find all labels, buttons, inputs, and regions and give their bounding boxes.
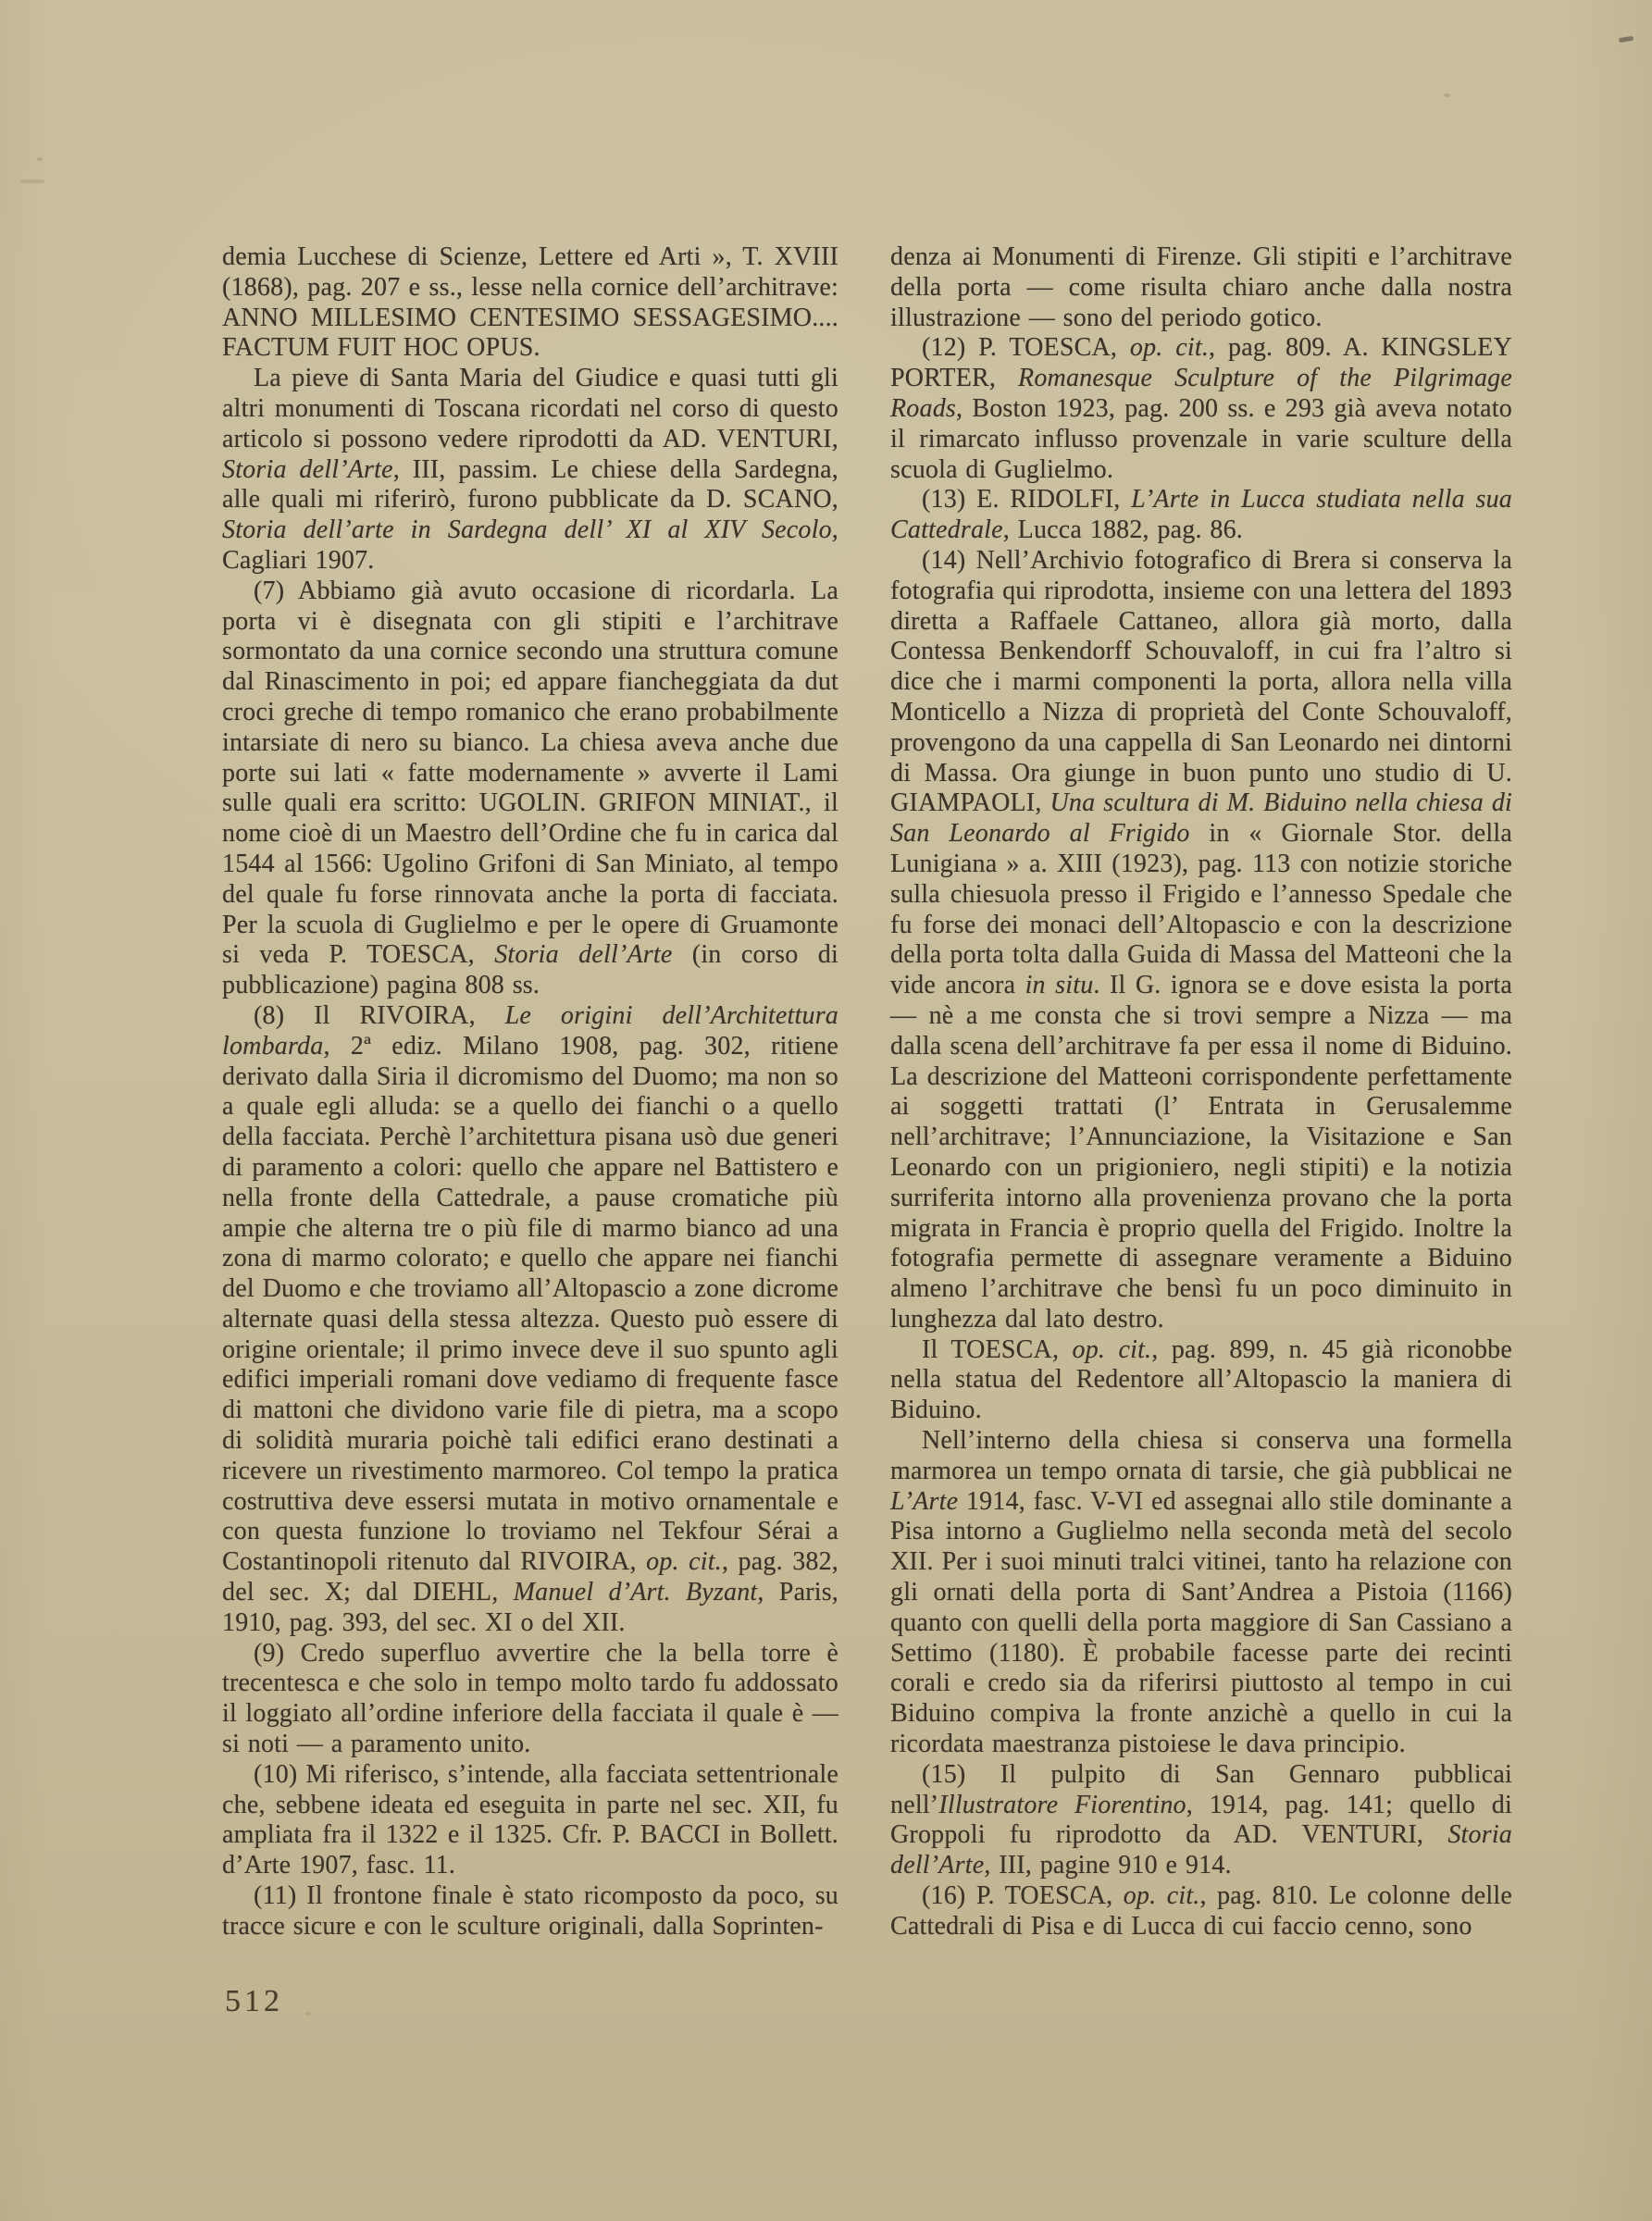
right-text-column: denza ai Monumenti di Firenze. Gli stipi… <box>890 242 1512 1942</box>
text-run: (7) Abbiamo già avuto occasione di ricor… <box>222 577 838 970</box>
italic-text-run: Manuel d’Art. Byzant <box>514 1578 758 1607</box>
text-run: demia Lucchese di Scienze, Lettere ed Ar… <box>222 242 838 362</box>
paragraph: (10) Mi riferisco, s’intende, alla facci… <box>222 1760 838 1881</box>
italic-text-run: op. cit. <box>1073 1335 1152 1364</box>
text-run: Nell’interno della chiesa si conserva un… <box>890 1426 1512 1485</box>
paragraph: denza ai Monumenti di Firenze. Gli stipi… <box>890 242 1512 333</box>
paragraph: demia Lucchese di Scienze, Lettere ed Ar… <box>222 242 838 364</box>
paragraph: (16) P. TOESCA, op. cit., pag. 810. Le c… <box>890 1881 1512 1942</box>
paragraph: Nell’interno della chiesa si conserva un… <box>890 1426 1512 1760</box>
italic-text-run: Storia dell’Arte <box>494 940 672 969</box>
paragraph: (14) Nell’Archivio fotografico di Brera … <box>890 546 1512 1335</box>
text-run: denza ai Monumenti di Firenze. Gli stipi… <box>890 242 1512 332</box>
text-run: (13) E. RIDOLFI, <box>922 485 1131 514</box>
text-run: Il TOESCA, <box>922 1335 1073 1364</box>
paper-speck <box>1444 93 1450 97</box>
paragraph: (15) Il pulpito di San Gennaro pubblicai… <box>890 1760 1512 1881</box>
ink-smudge-mark <box>1619 36 1634 43</box>
italic-text-run: Storia dell’Arte <box>222 455 393 484</box>
text-run: , 2ª ediz. Milano 1908, pag. 302, ritien… <box>222 1032 838 1577</box>
scanned-book-page: demia Lucchese di Scienze, Lettere ed Ar… <box>0 0 1652 2221</box>
page-number: 512 <box>225 1984 283 2019</box>
paragraph: La pieve di Santa Maria del Giudice e qu… <box>222 364 838 577</box>
paragraph: (11) Il frontone finale è stato ricompos… <box>222 1881 838 1942</box>
paragraph: (7) Abbiamo già avuto occasione di ricor… <box>222 577 838 1001</box>
italic-text-run: Storia dell’arte in Sardegna dell’ XI al… <box>222 515 832 544</box>
text-run: (8) Il RIVOIRA, <box>254 1001 505 1030</box>
text-run: , Boston 1923, pag. 200 ss. e 293 già av… <box>890 394 1512 484</box>
paragraph: (12) P. TOESCA, op. cit., pag. 809. A. K… <box>890 333 1512 485</box>
italic-text-run: op. cit. <box>1124 1881 1200 1910</box>
text-run: 1914, fasc. V-VI ed assegnai allo stile … <box>890 1487 1512 1758</box>
italic-text-run: op. cit. <box>1130 333 1209 362</box>
paragraph: (13) E. RIDOLFI, L’Arte in Lucca studiat… <box>890 485 1512 546</box>
text-run: La pieve di Santa Maria del Giudice e qu… <box>222 364 838 453</box>
paper-speck <box>305 2012 311 2016</box>
paper-speck <box>37 157 43 161</box>
paragraph: (9) Credo superfluo avvertire che la bel… <box>222 1639 838 1760</box>
text-run: (11) Il frontone finale è stato ricompos… <box>222 1881 838 1941</box>
italic-text-run: in situ <box>1025 971 1094 999</box>
italic-text-run: op. cit. <box>646 1547 722 1576</box>
text-run: (14) Nell’Archivio fotografico di Brera … <box>890 546 1512 817</box>
text-run: , III, pagine 910 e 914. <box>984 1851 1231 1880</box>
left-text-column: demia Lucchese di Scienze, Lettere ed Ar… <box>222 242 838 1942</box>
paragraph: Il TOESCA, op. cit., pag. 899, n. 45 già… <box>890 1335 1512 1426</box>
paragraph: (8) Il RIVOIRA, Le origini dell’Architet… <box>222 1001 838 1639</box>
italic-text-run: L’Arte <box>890 1487 958 1516</box>
text-run: (9) Credo superfluo avvertire che la bel… <box>222 1639 838 1758</box>
text-run: (16) P. TOESCA, <box>922 1881 1124 1910</box>
text-run: (10) Mi riferisco, s’intende, alla facci… <box>222 1760 838 1880</box>
text-run: (12) P. TOESCA, <box>922 333 1130 362</box>
italic-text-run: Illustratore Fiorentino <box>938 1791 1186 1819</box>
paper-speck <box>20 180 44 183</box>
text-run: . Il G. ignora se e dove esista la porta… <box>890 971 1512 1334</box>
text-run: , Lucca 1882, pag. 86. <box>1003 515 1243 544</box>
